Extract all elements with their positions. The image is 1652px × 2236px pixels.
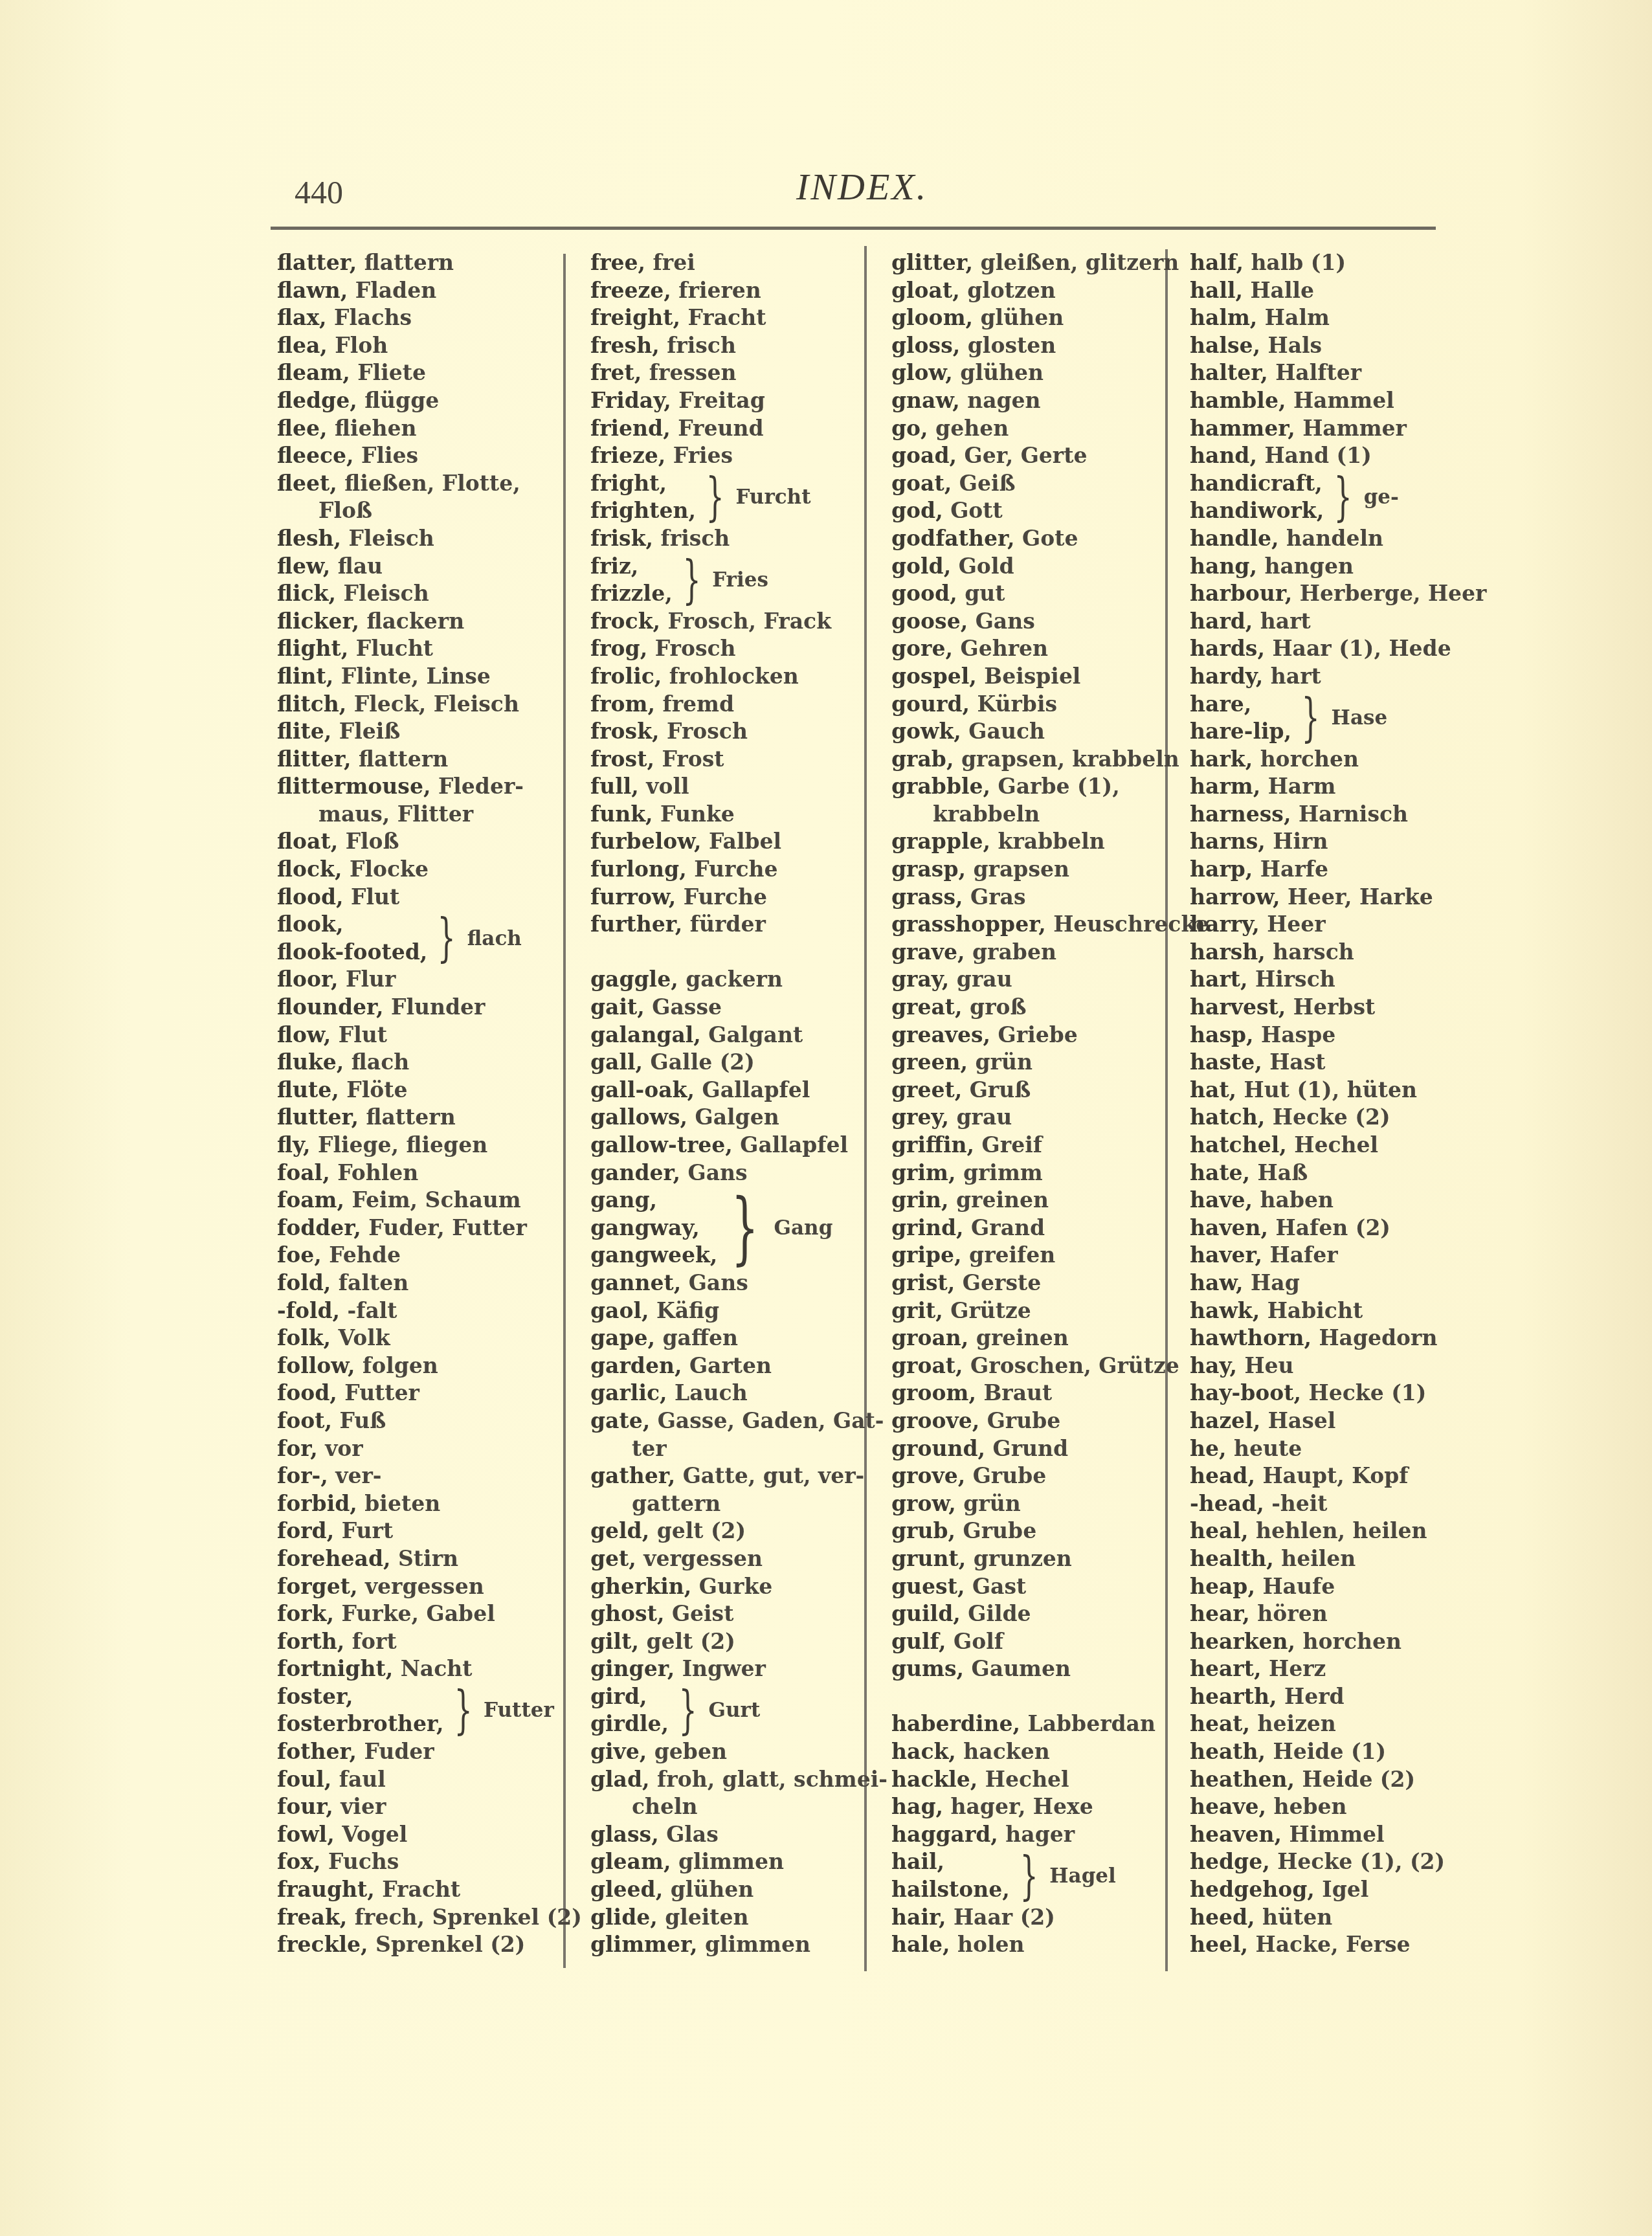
english-word: hatchel, [1190, 1132, 1287, 1157]
english-word: hawthorn, [1190, 1325, 1312, 1350]
german-word: Gans [689, 1270, 748, 1295]
index-entry: good, gut [891, 580, 1209, 608]
english-word: gander, [590, 1160, 680, 1185]
german-word: Halle [1250, 278, 1314, 303]
english-word: flitch, [277, 691, 346, 717]
english-word: great, [891, 994, 963, 1020]
german-word: grimm [963, 1160, 1043, 1185]
index-entry: folk, Volk [277, 1325, 582, 1352]
index-entry: gall, Galle (2) [590, 1049, 887, 1077]
english-word: hare, [1190, 691, 1291, 719]
german-word: greifen [969, 1242, 1055, 1268]
index-entry: haver, Hafer [1190, 1242, 1486, 1269]
german-word: Hirn [1273, 829, 1328, 854]
index-entry: further, fürder [590, 911, 887, 939]
german-word: Sprenkel (2) [375, 1932, 525, 1957]
german-word: geben [654, 1739, 727, 1764]
english-word: floor, [277, 967, 339, 992]
index-entry: ford, Furt [277, 1517, 582, 1545]
german-word: Hals [1267, 333, 1322, 358]
index-entry: flew, flau [277, 553, 582, 581]
index-entry: gallows, Galgen [590, 1104, 887, 1132]
index-entry-group: friz,frizzle,}Fries [590, 553, 887, 608]
index-entry: grunt, grunzen [891, 1545, 1209, 1573]
german-word: frieren [678, 278, 761, 303]
german-word: Gaumen [972, 1656, 1071, 1681]
english-word: guild, [891, 1601, 961, 1626]
german-word: Halm [1265, 305, 1330, 330]
german-word: Hut (1), hüten [1244, 1077, 1417, 1102]
german-word: heizen [1258, 1711, 1336, 1736]
german-word: grau [956, 1104, 1012, 1130]
german-word: glühen [960, 360, 1044, 385]
english-word: greaves, [891, 1022, 990, 1047]
index-entry: hackle, Hechel [891, 1766, 1209, 1794]
index-entry: furlong, Furche [590, 856, 887, 884]
german-word: Grund [993, 1436, 1069, 1461]
index-entry: forth, fort [277, 1628, 582, 1656]
english-word: freckle, [277, 1932, 368, 1957]
german-word: Gras [970, 884, 1026, 910]
german-word: graben [972, 939, 1056, 965]
index-entry-group: gird,girdle,}Gurt [590, 1683, 887, 1738]
index-entry: -fold, -falt [277, 1297, 582, 1325]
index-entry: guild, Gilde [891, 1600, 1209, 1628]
english-word: hair, [891, 1905, 946, 1930]
index-entry: gore, Gehren [891, 635, 1209, 663]
german-word: vergessen [643, 1546, 763, 1571]
index-entry: foal, Fohlen [277, 1159, 582, 1187]
german-word: fort [352, 1629, 397, 1654]
english-word: hard, [1190, 609, 1253, 634]
english-word: haggard, [891, 1822, 998, 1847]
index-entry: gather, Gatte, gut, ver- [590, 1462, 887, 1490]
german-word: Groschen, Grütze [970, 1353, 1179, 1378]
english-word: four, [277, 1794, 333, 1819]
index-entry: grass, Gras [891, 884, 1209, 911]
index-entry: hear, hören [1190, 1600, 1486, 1628]
english-word: glitter, [891, 250, 973, 275]
index-entry: flow, Flut [277, 1022, 582, 1049]
index-entry: half, halb (1) [1190, 249, 1486, 277]
german-word: Hast [1269, 1049, 1325, 1075]
index-entry: hay-boot, Hecke (1) [1190, 1380, 1486, 1407]
english-word: hedgehog, [1190, 1877, 1315, 1902]
index-entry: haste, Hast [1190, 1049, 1486, 1077]
german-word: Volk [339, 1325, 390, 1350]
german-word: Braut [983, 1380, 1052, 1405]
german-word: Falbel [709, 829, 781, 854]
german-word: -heit [1271, 1491, 1327, 1516]
german-word: Grütze [950, 1298, 1031, 1323]
english-word: fright, [590, 470, 696, 498]
english-word: goose, [891, 609, 968, 634]
german-word: Galle (2) [651, 1049, 755, 1075]
index-entry: flock, Flocke [277, 856, 582, 884]
english-word: flew, [277, 553, 330, 579]
german-word: gut [965, 581, 1005, 606]
german-word: Herberge, Heer [1300, 581, 1487, 606]
german-word: hehlen, heilen [1256, 1518, 1427, 1543]
index-entry: flittermouse, Fleder- [277, 773, 582, 801]
english-word: flitter, [277, 746, 352, 772]
english-word: god, [891, 498, 943, 523]
index-entry: -head, -heit [1190, 1490, 1486, 1518]
english-word: good, [891, 581, 957, 606]
index-entry: glad, froh, glatt, schmei- [590, 1766, 887, 1794]
german-word: gelt (2) [646, 1629, 735, 1654]
index-entry: free, frei [590, 249, 887, 277]
index-entry: harrow, Heer, Harke [1190, 884, 1486, 911]
curly-brace-icon: } [679, 1684, 697, 1737]
german-word: fließen, Flotte, [344, 471, 520, 496]
english-word: gowk, [891, 719, 961, 744]
german-word: Gilde [968, 1601, 1031, 1626]
english-word: gold, [891, 553, 951, 579]
english-word: hark, [1190, 746, 1253, 772]
index-entry-continuation: gattern [590, 1490, 887, 1518]
english-word: handiwork, [1190, 497, 1324, 525]
english-word: gloom, [891, 305, 973, 330]
german-word: Gurke [699, 1574, 772, 1599]
german-word: Gast [972, 1574, 1026, 1599]
english-word: hare-lip, [1190, 718, 1291, 746]
german-word: ge- [1364, 486, 1399, 509]
index-entry: gilt, gelt (2) [590, 1628, 887, 1656]
english-word: fother, [277, 1739, 357, 1764]
english-word: freight, [590, 305, 680, 330]
index-entry: grow, grün [891, 1490, 1209, 1518]
german-word: Gerste [963, 1270, 1041, 1295]
english-word: groan, [891, 1325, 968, 1350]
english-word: halse, [1190, 333, 1260, 358]
german-word: flau [338, 553, 383, 579]
index-entry: grave, graben [891, 939, 1209, 967]
english-word: hardy, [1190, 664, 1263, 689]
english-word: garlic, [590, 1380, 667, 1405]
curly-brace-icon: } [1334, 471, 1352, 524]
index-entry: harsh, harsch [1190, 939, 1486, 967]
german-word: Beispiel [984, 664, 1080, 689]
index-entry-group: hail,hailstone,}Hagel [891, 1848, 1209, 1903]
english-word: freeze, [590, 278, 671, 303]
index-entry: health, heilen [1190, 1545, 1486, 1573]
english-word: forbid, [277, 1491, 357, 1516]
index-entry: groove, Grube [891, 1407, 1209, 1435]
english-word: flight, [277, 636, 348, 661]
index-entry: grin, greinen [891, 1187, 1209, 1214]
english-word: grunt, [891, 1546, 966, 1571]
german-word: Haar (2) [954, 1905, 1055, 1930]
german-word: hüten [1262, 1905, 1332, 1930]
english-word: forget, [277, 1574, 357, 1599]
english-word: gums, [891, 1656, 964, 1681]
german-word: Hafen (2) [1276, 1215, 1390, 1240]
english-word: gallow-tree, [590, 1132, 733, 1157]
index-entry: fox, Fuchs [277, 1848, 582, 1876]
index-entry: hearken, horchen [1190, 1628, 1486, 1656]
german-word: Fuchs [328, 1849, 399, 1874]
english-word: fodder, [277, 1215, 361, 1240]
german-word: Furche [694, 856, 777, 882]
german-word: froh, glatt, schmei- [657, 1767, 887, 1792]
english-word: follow, [277, 1353, 355, 1378]
index-entry: heap, Haufe [1190, 1573, 1486, 1601]
index-entry: glass, Glas [590, 1821, 887, 1849]
index-entry-continuation: krabbeln [891, 801, 1209, 829]
english-word: heave, [1190, 1794, 1266, 1819]
index-entry: gowk, Gauch [891, 718, 1209, 746]
english-word: flock, [277, 856, 342, 882]
index-entry: forbid, bieten [277, 1490, 582, 1518]
english-word: foam, [277, 1187, 344, 1213]
german-word: Heu [1244, 1353, 1293, 1378]
index-entry: hardy, hart [1190, 663, 1486, 691]
english-word: for, [277, 1436, 318, 1461]
english-word: gospel, [891, 664, 977, 689]
index-entry: halm, Halm [1190, 304, 1486, 332]
index-entry: foul, faul [277, 1766, 582, 1794]
english-word: frock, [590, 609, 660, 634]
english-word: gang, [590, 1187, 717, 1214]
english-word: goad, [891, 443, 957, 468]
index-entry-continuation: Floß [277, 497, 582, 525]
german-word: hacken [963, 1739, 1049, 1764]
english-word: fly, [277, 1132, 311, 1157]
english-word: heed, [1190, 1905, 1255, 1930]
german-word: heben [1274, 1794, 1347, 1819]
english-word: fosterbrother, [277, 1710, 444, 1738]
german-word: Feim, Schaum [352, 1187, 521, 1213]
index-entry: flint, Flinte, Linse [277, 663, 582, 691]
english-word: flax, [277, 305, 327, 330]
index-entry: hamble, Hammel [1190, 387, 1486, 415]
english-word: fox, [277, 1849, 320, 1874]
index-entry: flick, Fleisch [277, 580, 582, 608]
english-word: free, [590, 250, 645, 275]
german-word: Haufe [1262, 1574, 1335, 1599]
german-word: Heer, Harke [1288, 884, 1433, 910]
index-entry: flicker, flackern [277, 608, 582, 636]
english-word: flounder, [277, 994, 384, 1020]
english-word: frighten, [590, 497, 696, 525]
english-word: -head, [1190, 1491, 1264, 1516]
english-word: -fold, [277, 1298, 340, 1323]
german-word: nagen [967, 388, 1040, 413]
english-word: grass, [891, 884, 963, 910]
english-word: gleed, [590, 1877, 663, 1902]
index-entry: halter, Halfter [1190, 359, 1486, 387]
german-word: haben [1260, 1187, 1334, 1213]
english-word: give, [590, 1739, 647, 1764]
index-entry: fleet, fließen, Flotte, [277, 470, 582, 498]
german-word: frech, Sprenkel (2) [355, 1905, 582, 1930]
index-entry: hatch, Hecke (2) [1190, 1104, 1486, 1132]
index-entry: fledge, flügge [277, 387, 582, 415]
english-word: gather, [590, 1463, 675, 1488]
index-column-4: half, halb (1)hall, Hallehalm, Halmhalse… [1190, 249, 1486, 1959]
german-word: hart [1271, 664, 1321, 689]
german-word: Ingwer [682, 1656, 766, 1681]
english-word: flicker, [277, 609, 359, 634]
german-word: Hecke (1) [1309, 1380, 1427, 1405]
english-word: heel, [1190, 1932, 1248, 1957]
english-word: flee, [277, 416, 327, 441]
index-entry: gallow-tree, Gallapfel [590, 1132, 887, 1159]
english-word: friend, [590, 416, 671, 441]
index-entry: gleed, glühen [590, 1876, 887, 1904]
index-entry: float, Floß [277, 828, 582, 856]
german-word: vier [340, 1794, 386, 1819]
german-word: vor [325, 1436, 363, 1461]
index-entry: hat, Hut (1), hüten [1190, 1077, 1486, 1104]
index-entry: freight, Fracht [590, 304, 887, 332]
index-entry: foot, Fuß [277, 1407, 582, 1435]
german-word: Gehren [960, 636, 1048, 661]
german-word: flackern [366, 609, 464, 634]
english-word: fresh, [590, 333, 660, 358]
curly-brace-icon: } [706, 471, 724, 524]
german-word: Harm [1268, 774, 1336, 799]
english-word: fleam, [277, 360, 350, 385]
german-word: Heer [1267, 911, 1326, 937]
german-word: Flucht [356, 636, 433, 661]
german-word: gackern [686, 967, 783, 992]
index-entry: hay, Heu [1190, 1352, 1486, 1380]
index-entry: hand, Hand (1) [1190, 442, 1486, 470]
german-word: Funke [660, 801, 735, 827]
english-word: hackle, [891, 1767, 977, 1792]
index-column-2: free, freifreeze, frierenfreight, Fracht… [590, 249, 887, 1959]
english-word: gall-oak, [590, 1077, 695, 1102]
german-word: folgen [363, 1353, 438, 1378]
german-word: Hechel [985, 1767, 1069, 1792]
index-entry: frisk, frisch [590, 525, 887, 553]
index-entry: flitter, flattern [277, 746, 582, 774]
german-word: grapsen, krabbeln [961, 746, 1179, 772]
index-entry: grapple, krabbeln [891, 828, 1209, 856]
english-word: grey, [891, 1104, 949, 1130]
index-entry: Friday, Freitag [590, 387, 887, 415]
index-entry: hard, hart [1190, 608, 1486, 636]
german-word: Furt [342, 1518, 393, 1543]
index-entry: harness, Harnisch [1190, 801, 1486, 829]
german-word: greinen [976, 1325, 1069, 1350]
english-word: heath, [1190, 1739, 1266, 1764]
german-word: horchen [1260, 746, 1359, 772]
german-word: Haspe [1261, 1022, 1335, 1047]
english-word: full, [590, 774, 639, 799]
english-word: hart, [1190, 967, 1248, 992]
index-entry: hazel, Hasel [1190, 1407, 1486, 1435]
index-entry: floor, Flur [277, 966, 582, 994]
german-word: Lauch [675, 1380, 748, 1405]
german-word: Harfe [1260, 856, 1328, 882]
english-word: heal, [1190, 1518, 1248, 1543]
german-word: Nacht [401, 1656, 473, 1681]
english-word: foot, [277, 1408, 332, 1433]
index-entry: hack, hacken [891, 1738, 1209, 1766]
english-word: harsh, [1190, 939, 1266, 965]
german-word: Himmel [1289, 1822, 1385, 1847]
german-word: hart [1260, 609, 1311, 634]
english-word: frog, [590, 636, 647, 661]
index-entry: grasshopper, Heuschrecke [891, 911, 1209, 939]
german-word: Hecke (2) [1273, 1104, 1390, 1130]
index-entry: hatchel, Hechel [1190, 1132, 1486, 1159]
index-entry: flitch, Fleck, Fleisch [277, 691, 582, 719]
german-word: Frosch, Frack [668, 609, 831, 634]
english-word: gaol, [590, 1298, 649, 1323]
english-word: fleet, [277, 471, 337, 496]
index-entry: food, Futter [277, 1380, 582, 1407]
english-word: frolic, [590, 664, 662, 689]
index-entry: glitter, gleißen, glitzern [891, 249, 1209, 277]
english-word: hawk, [1190, 1298, 1260, 1323]
english-word: gulf, [891, 1629, 946, 1654]
english-word: gnaw, [891, 388, 960, 413]
index-entry: frost, Frost [590, 746, 887, 774]
header-rule [271, 227, 1436, 230]
german-word: Igel [1322, 1877, 1368, 1902]
german-word: grau [957, 967, 1012, 992]
german-word: Garten [689, 1353, 772, 1378]
english-word: flite, [277, 719, 331, 744]
german-word: ter [632, 1436, 667, 1461]
english-word: hang, [1190, 553, 1257, 579]
english-word: hale, [891, 1932, 950, 1957]
index-entry: funk, Funke [590, 801, 887, 829]
index-entry: hearth, Herd [1190, 1683, 1486, 1711]
german-word: Flachs [334, 305, 412, 330]
german-word: gattern [632, 1491, 720, 1516]
german-word: Hacke, Ferse [1256, 1932, 1411, 1957]
german-word: flattern [364, 250, 454, 275]
index-entry: harbour, Herberge, Heer [1190, 580, 1486, 608]
index-entry: groan, greinen [891, 1325, 1209, 1352]
english-word: hack, [891, 1739, 956, 1764]
english-word: hand, [1190, 443, 1257, 468]
english-word: ginger, [590, 1656, 675, 1681]
index-entry: grabble, Garbe (1), [891, 773, 1209, 801]
german-word: Fleder- [438, 774, 524, 799]
index-entry: gate, Gasse, Gaden, Gat- [590, 1407, 887, 1435]
english-word: hasp, [1190, 1022, 1254, 1047]
german-word: Futter [344, 1380, 419, 1405]
english-word: grasshopper, [891, 911, 1046, 937]
index-entry: for-, ver- [277, 1462, 582, 1490]
german-word: frei [653, 250, 695, 275]
index-entry: gait, Gasse [590, 994, 887, 1022]
index-entry: hedge, Hecke (1), (2) [1190, 1848, 1486, 1876]
index-entry: griffin, Greif [891, 1132, 1209, 1159]
english-word: flook, [277, 911, 427, 939]
english-word: girdle, [590, 1710, 669, 1738]
german-word: Gasse [652, 994, 722, 1020]
english-word: grapple, [891, 829, 990, 854]
english-word: glimmer, [590, 1932, 697, 1957]
english-word: freak, [277, 1905, 347, 1930]
english-word: harns, [1190, 829, 1266, 854]
index-entry-group: flook,flook-footed,}flach [277, 911, 582, 966]
german-word: Fleisch [349, 526, 434, 551]
german-word: Herbst [1293, 994, 1375, 1020]
curly-brace-icon: } [1302, 692, 1320, 744]
english-word: grove, [891, 1463, 965, 1488]
german-word: heilen [1281, 1546, 1356, 1571]
index-entry: heel, Hacke, Ferse [1190, 1931, 1486, 1959]
german-word: Fehde [329, 1242, 401, 1268]
